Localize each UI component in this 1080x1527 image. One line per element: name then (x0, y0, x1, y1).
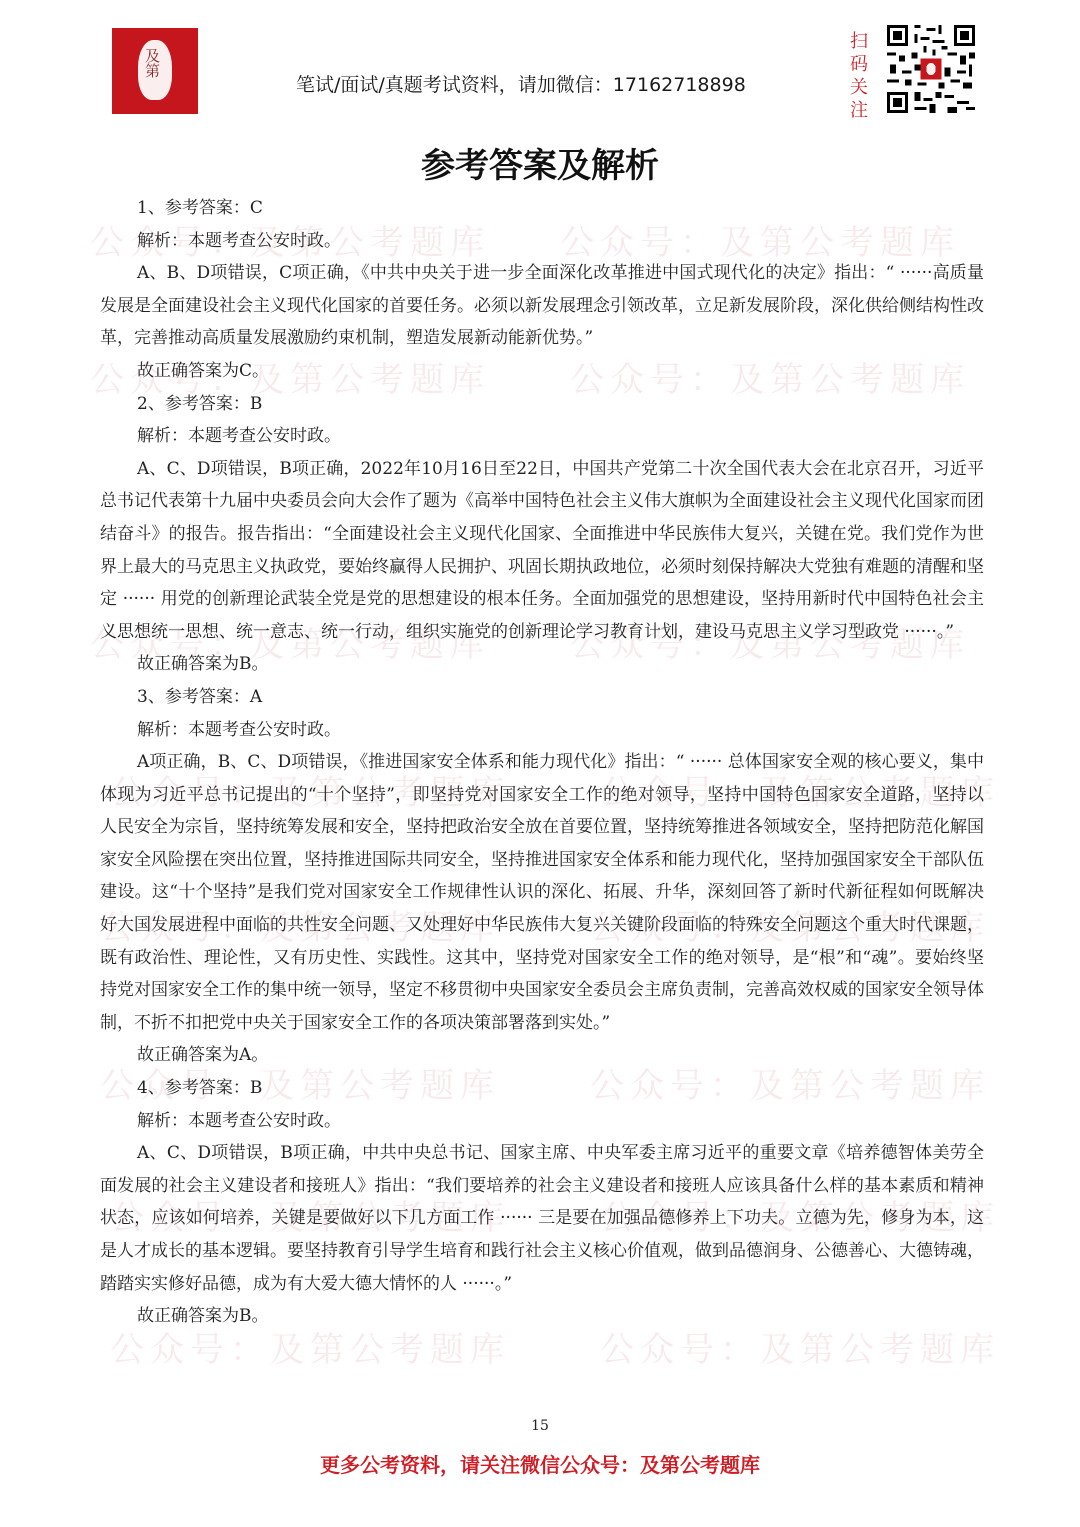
analysis-line: 解析：本题考查公安时政。 (100, 420, 984, 453)
answer-line: 2、参考答案：B (100, 388, 984, 421)
logo-seal-icon: 及第 (138, 40, 172, 100)
scan-follow-label: 扫码关注 (850, 30, 870, 122)
contact-banner: 笔试/面试/真题考试资料，请加微信：17162718898 (296, 70, 746, 97)
answer-line: 1、参考答案：C (100, 192, 984, 225)
conclusion-line: 故正确答案为C。 (100, 355, 984, 388)
answer-line: 3、参考答案：A (100, 681, 984, 714)
qr-code-icon[interactable] (887, 25, 975, 113)
footer-promo: 更多公考资料，请关注微信公众号：及第公考题库 (0, 1449, 1080, 1478)
conclusion-line: 故正确答案为B。 (100, 1300, 984, 1333)
conclusion-line: 故正确答案为B。 (100, 648, 984, 681)
page-title: 参考答案及解析 (0, 138, 1080, 187)
answers-section: 1、参考答案：C 解析：本题考查公安时政。 A、B、D项错误，C项正确，《中共中… (100, 192, 984, 1333)
conclusion-line: 故正确答案为A。 (100, 1039, 984, 1072)
explanation-body: A、C、D项错误，B项正确，中共中央总书记、国家主席、中央军委主席习近平的重要文… (100, 1137, 984, 1300)
analysis-line: 解析：本题考查公安时政。 (100, 1105, 984, 1138)
analysis-line: 解析：本题考查公安时政。 (100, 225, 984, 258)
explanation-body: A、C、D项错误，B项正确，2022年10月16日至22日，中国共产党第二十次全… (100, 453, 984, 649)
explanation-body: A、B、D项错误，C项正确，《中共中央关于进一步全面深化改革推进中国式现代化的决… (100, 257, 984, 355)
page-number: 15 (0, 1418, 1080, 1434)
brand-logo: 及第 (112, 28, 198, 114)
analysis-line: 解析：本题考查公安时政。 (100, 714, 984, 747)
explanation-body: A项正确，B、C、D项错误，《推进国家安全体系和能力现代化》指出：“ ·····… (100, 746, 984, 1039)
answer-line: 4、参考答案：B (100, 1072, 984, 1105)
